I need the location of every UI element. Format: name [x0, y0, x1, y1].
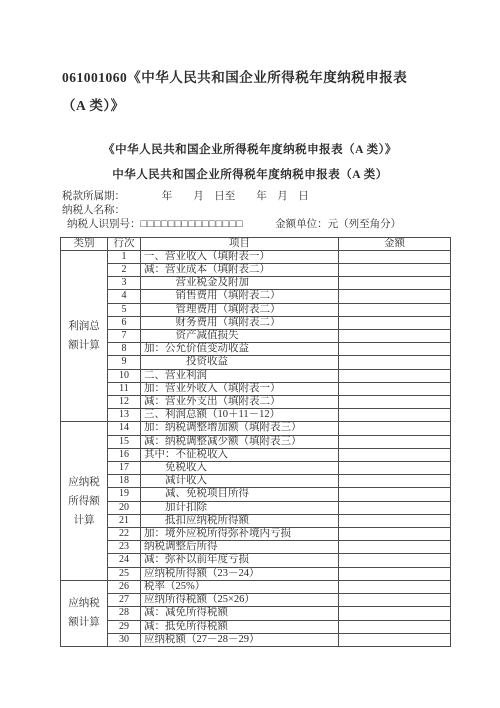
- amount-cell: [339, 250, 451, 263]
- item-cell: 减、免税项目所得: [141, 488, 339, 501]
- amount-cell: [339, 501, 451, 514]
- table-row: 8加：公允价值变动收益: [61, 343, 451, 356]
- item-cell: 管理费用（填附表二）: [141, 303, 339, 316]
- table-row: 15减：纳税调整减少额（填附表三）: [61, 435, 451, 448]
- amount-cell: [339, 528, 451, 541]
- doc-title-line1: 061001060《中华人民共和国企业所得税年度纳税申报表: [62, 64, 452, 92]
- row-number-cell: 18: [108, 475, 141, 488]
- amount-cell: [339, 488, 451, 501]
- taxpayer-id-boxes: □□□□□□□□□□□□□□□: [141, 218, 244, 232]
- form-header-info: 税款所属期： 年 月 日至 年 月 日 纳税人名称： 纳税人识别号：□□□□□□…: [62, 190, 450, 233]
- amount-cell: [339, 343, 451, 356]
- item-cell: 其中：不征税收入: [141, 448, 339, 461]
- row-number-cell: 6: [108, 316, 141, 329]
- row-number-cell: 13: [108, 409, 141, 422]
- row-number-cell: 20: [108, 501, 141, 514]
- taxpayer-name-label: 纳税人名称：: [62, 204, 450, 218]
- item-cell: 减：减免所得税额: [141, 607, 339, 620]
- amount-cell: [339, 514, 451, 527]
- row-number-cell: 12: [108, 396, 141, 409]
- row-number-cell: 2: [108, 264, 141, 277]
- amount-cell: [339, 330, 451, 343]
- item-cell: 三、利润总额（10＋11－12）: [141, 409, 339, 422]
- table-row: 17 免税收入: [61, 462, 451, 475]
- table-row: 应纳税所得额计算14加：纳税调整增加额（填附表三）: [61, 422, 451, 435]
- amount-cell: [339, 422, 451, 435]
- item-cell: 二、营业利润: [141, 369, 339, 382]
- table-row: 6 财务费用（填附表二）: [61, 316, 451, 329]
- row-number-cell: 14: [108, 422, 141, 435]
- document-page: 061001060《中华人民共和国企业所得税年度纳税申报表 （A 类）》 《中华…: [0, 0, 500, 708]
- doc-title-line2: （A 类）》: [62, 92, 452, 120]
- amount-cell: [339, 607, 451, 620]
- row-number-cell: 4: [108, 290, 141, 303]
- amount-cell: [339, 541, 451, 554]
- amount-cell: [339, 382, 451, 395]
- item-cell: 减：抵免所得税额: [141, 620, 339, 633]
- item-cell: 应纳所得税额（25×26）: [141, 594, 339, 607]
- table-row: 2减：营业成本（填附表二）: [61, 264, 451, 277]
- amount-cell: [339, 356, 451, 369]
- item-cell: 资产减值损失: [141, 330, 339, 343]
- item-cell: 纳税调整后所得: [141, 541, 339, 554]
- category-label: 应纳税所得额计算: [67, 473, 101, 530]
- item-cell: 财务费用（填附表二）: [141, 316, 339, 329]
- table-row: 9 投资收益: [61, 356, 451, 369]
- table-row: 4 销售费用（填附表二）: [61, 290, 451, 303]
- item-cell: 销售费用（填附表二）: [141, 290, 339, 303]
- row-number-cell: 24: [108, 554, 141, 567]
- tax-period-line: 税款所属期： 年 月 日至 年 月 日: [62, 190, 450, 204]
- row-number-cell: 27: [108, 594, 141, 607]
- table-row: 20 加计扣除: [61, 501, 451, 514]
- item-cell: 加：公允价值变动收益: [141, 343, 339, 356]
- category-label: 利润总额计算: [67, 317, 101, 355]
- table-row: 29减：抵免所得税额: [61, 620, 451, 633]
- amount-cell: [339, 448, 451, 461]
- item-cell: 税率（25%）: [141, 580, 339, 593]
- row-number-cell: 25: [108, 567, 141, 580]
- item-cell: 减：营业外支出（填附表二）: [141, 396, 339, 409]
- row-number-cell: 26: [108, 580, 141, 593]
- amount-cell: [339, 316, 451, 329]
- amount-cell: [339, 620, 451, 633]
- table-row: 13三、利润总额（10＋11－12）: [61, 409, 451, 422]
- table-row: 5 管理费用（填附表二）: [61, 303, 451, 316]
- table-row: 11加：营业外收入（填附表一）: [61, 382, 451, 395]
- row-number-cell: 9: [108, 356, 141, 369]
- item-cell: 应纳税所得额（23－24）: [141, 567, 339, 580]
- taxpayer-id-line: 纳税人识别号：□□□□□□□□□□□□□□□ 金额单位：元（列至角分）: [67, 218, 450, 232]
- item-cell: 抵扣应纳税所得额: [141, 514, 339, 527]
- item-cell: 加：营业外收入（填附表一）: [141, 382, 339, 395]
- amount-cell: [339, 290, 451, 303]
- amount-cell: [339, 633, 451, 646]
- row-number-cell: 23: [108, 541, 141, 554]
- amount-cell: [339, 409, 451, 422]
- doc-code-title: 061001060《中华人民共和国企业所得税年度纳税申报表 （A 类）》: [62, 0, 452, 120]
- category-cell: 应纳税所得额计算: [61, 422, 108, 580]
- row-number-cell: 21: [108, 514, 141, 527]
- table-row: 10二、营业利润: [61, 369, 451, 382]
- item-cell: 营业税金及附加: [141, 277, 339, 290]
- form-title: 中华人民共和国企业所得税年度纳税申报表（A 类）: [0, 167, 500, 183]
- col-header-amount: 金额: [339, 237, 451, 250]
- amount-cell: [339, 554, 451, 567]
- amount-cell: [339, 580, 451, 593]
- row-number-cell: 19: [108, 488, 141, 501]
- item-cell: 减：弥补以前年度亏损: [141, 554, 339, 567]
- amount-cell: [339, 594, 451, 607]
- item-cell: 减：营业成本（填附表二）: [141, 264, 339, 277]
- row-number-cell: 17: [108, 462, 141, 475]
- table-row: 23纳税调整后所得: [61, 541, 451, 554]
- item-cell: 加：纳税调整增加额（填附表三）: [141, 422, 339, 435]
- table-row: 21 抵扣应纳税所得额: [61, 514, 451, 527]
- amount-unit-label: 金额单位：元（列至角分）: [275, 218, 401, 232]
- row-number-cell: 5: [108, 303, 141, 316]
- amount-cell: [339, 435, 451, 448]
- amount-cell: [339, 396, 451, 409]
- table-row: 利润总额计算1一、营业收入（填附表一）: [61, 250, 451, 263]
- table-row: 25应纳税所得额（23－24）: [61, 567, 451, 580]
- row-number-cell: 1: [108, 250, 141, 263]
- category-label: 应纳税额计算: [67, 594, 101, 632]
- item-cell: 应纳税额（27－28－29）: [141, 633, 339, 646]
- amount-cell: [339, 264, 451, 277]
- item-cell: 投资收益: [141, 356, 339, 369]
- category-cell: 利润总额计算: [61, 250, 108, 422]
- category-cell: 应纳税额计算: [61, 580, 108, 646]
- row-number-cell: 22: [108, 528, 141, 541]
- amount-cell: [339, 369, 451, 382]
- amount-cell: [339, 277, 451, 290]
- table-row: 18 减计收入: [61, 475, 451, 488]
- table-row: 7 资产减值损失: [61, 330, 451, 343]
- table-row: 22加：境外应税所得弥补境内亏损: [61, 528, 451, 541]
- col-header-line-no: 行次: [108, 237, 141, 250]
- table-row: 24减：弥补以前年度亏损: [61, 554, 451, 567]
- amount-cell: [339, 462, 451, 475]
- row-number-cell: 8: [108, 343, 141, 356]
- item-cell: 免税收入: [141, 462, 339, 475]
- amount-cell: [339, 475, 451, 488]
- item-cell: 减：纳税调整减少额（填附表三）: [141, 435, 339, 448]
- item-cell: 一、营业收入（填附表一）: [141, 250, 339, 263]
- row-number-cell: 16: [108, 448, 141, 461]
- item-cell: 加计扣除: [141, 501, 339, 514]
- row-number-cell: 3: [108, 277, 141, 290]
- table-row: 3 营业税金及附加: [61, 277, 451, 290]
- table-row: 30应纳税额（27－28－29）: [61, 633, 451, 646]
- table-row: 12减：营业外支出（填附表二）: [61, 396, 451, 409]
- row-number-cell: 29: [108, 620, 141, 633]
- row-number-cell: 28: [108, 607, 141, 620]
- row-number-cell: 15: [108, 435, 141, 448]
- table-row: 19 减、免税项目所得: [61, 488, 451, 501]
- row-number-cell: 10: [108, 369, 141, 382]
- amount-cell: [339, 303, 451, 316]
- tax-form-table: 类别 行次 项目 金额 利润总额计算1一、营业收入（填附表一）2减：营业成本（填…: [60, 237, 451, 647]
- table-header-row: 类别 行次 项目 金额: [61, 237, 451, 250]
- row-number-cell: 7: [108, 330, 141, 343]
- form-subtitle: 《中华人民共和国企业所得税年度纳税申报表（A 类）》: [0, 142, 500, 158]
- item-cell: 加：境外应税所得弥补境内亏损: [141, 528, 339, 541]
- item-cell: 减计收入: [141, 475, 339, 488]
- col-header-category: 类别: [61, 237, 108, 250]
- row-number-cell: 30: [108, 633, 141, 646]
- amount-cell: [339, 567, 451, 580]
- row-number-cell: 11: [108, 382, 141, 395]
- table-row: 应纳税额计算26税率（25%）: [61, 580, 451, 593]
- col-header-item: 项目: [141, 237, 339, 250]
- table-row: 16其中：不征税收入: [61, 448, 451, 461]
- table-row: 27应纳所得税额（25×26）: [61, 594, 451, 607]
- table-row: 28减：减免所得税额: [61, 607, 451, 620]
- taxpayer-id-label: 纳税人识别号：: [67, 218, 141, 232]
